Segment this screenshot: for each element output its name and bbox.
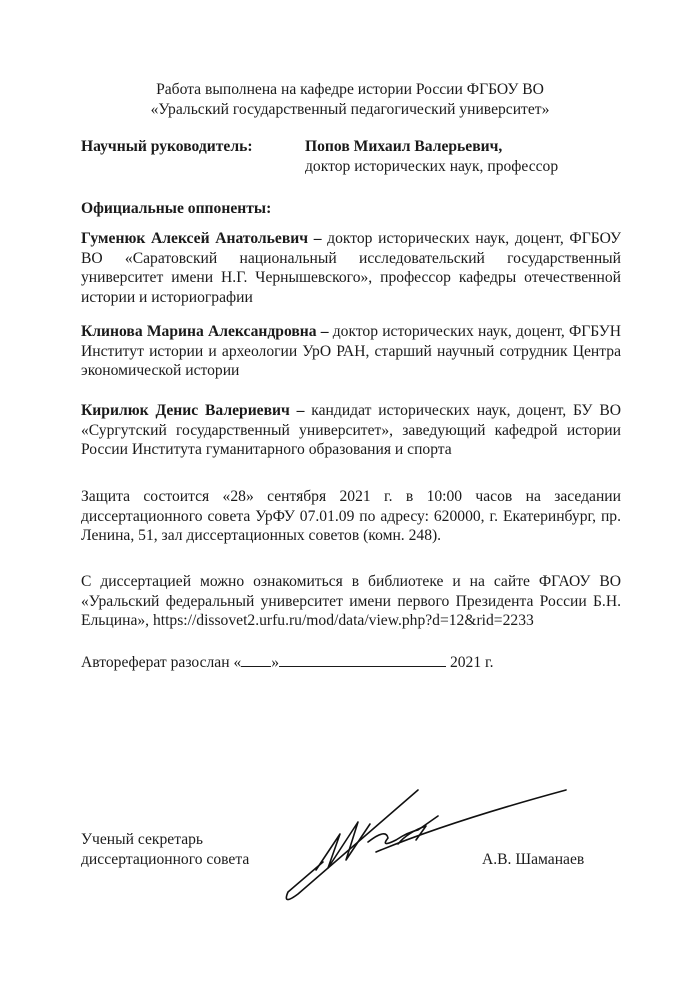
opponent-3: Кирилюк Денис Валериевич – кандидат исто…	[81, 401, 621, 460]
secretary-label: Ученый секретарь диссертационного совета	[81, 830, 249, 870]
sent-mid: »	[271, 654, 279, 671]
header-line-1: Работа выполнена на кафедре истории Росс…	[80, 80, 620, 100]
header-line-2: «Уральский государственный педагогически…	[80, 100, 620, 120]
supervisor-block: Попов Михаил Валерьевич, доктор историче…	[305, 137, 558, 177]
document-page: Работа выполнена на кафедре истории Росс…	[0, 0, 700, 993]
secretary-name: А.В. Шаманаев	[482, 850, 584, 870]
abstract-sent-line: Автореферат разослан «» 2021 г.	[81, 652, 494, 673]
opponent-2: Клинова Марина Александровна – доктор ис…	[81, 322, 621, 381]
opponent-1-name: Гуменюк Алексей Анатольевич	[81, 230, 308, 247]
opponent-3-name: Кирилюк Денис Валериевич	[81, 402, 290, 419]
sent-suffix: 2021 г.	[446, 654, 494, 671]
library-info: С диссертацией можно ознакомиться в библ…	[81, 572, 621, 631]
opponents-heading: Официальные оппоненты:	[81, 199, 271, 219]
secretary-label-line-1: Ученый секретарь	[81, 830, 249, 850]
secretary-label-line-2: диссертационного совета	[81, 850, 249, 870]
opponent-3-dash: –	[290, 402, 311, 419]
supervisor-title: доктор исторических наук, профессор	[305, 157, 558, 177]
institution-header: Работа выполнена на кафедре истории Росс…	[80, 80, 620, 120]
sent-prefix: Автореферат разослан «	[81, 654, 241, 671]
opponent-1-dash: –	[308, 230, 327, 247]
supervisor-name: Попов Михаил Валерьевич,	[305, 137, 558, 157]
day-blank	[241, 652, 271, 667]
opponent-2-name: Клинова Марина Александровна	[81, 323, 317, 340]
opponent-2-dash: –	[317, 323, 333, 340]
supervisor-label: Научный руководитель:	[81, 137, 253, 157]
month-blank	[279, 652, 446, 667]
signature-icon	[268, 782, 568, 907]
defense-info: Защита состоится «28» сентября 2021 г. в…	[81, 487, 621, 546]
opponent-1: Гуменюк Алексей Анатольевич – доктор ист…	[81, 229, 621, 307]
